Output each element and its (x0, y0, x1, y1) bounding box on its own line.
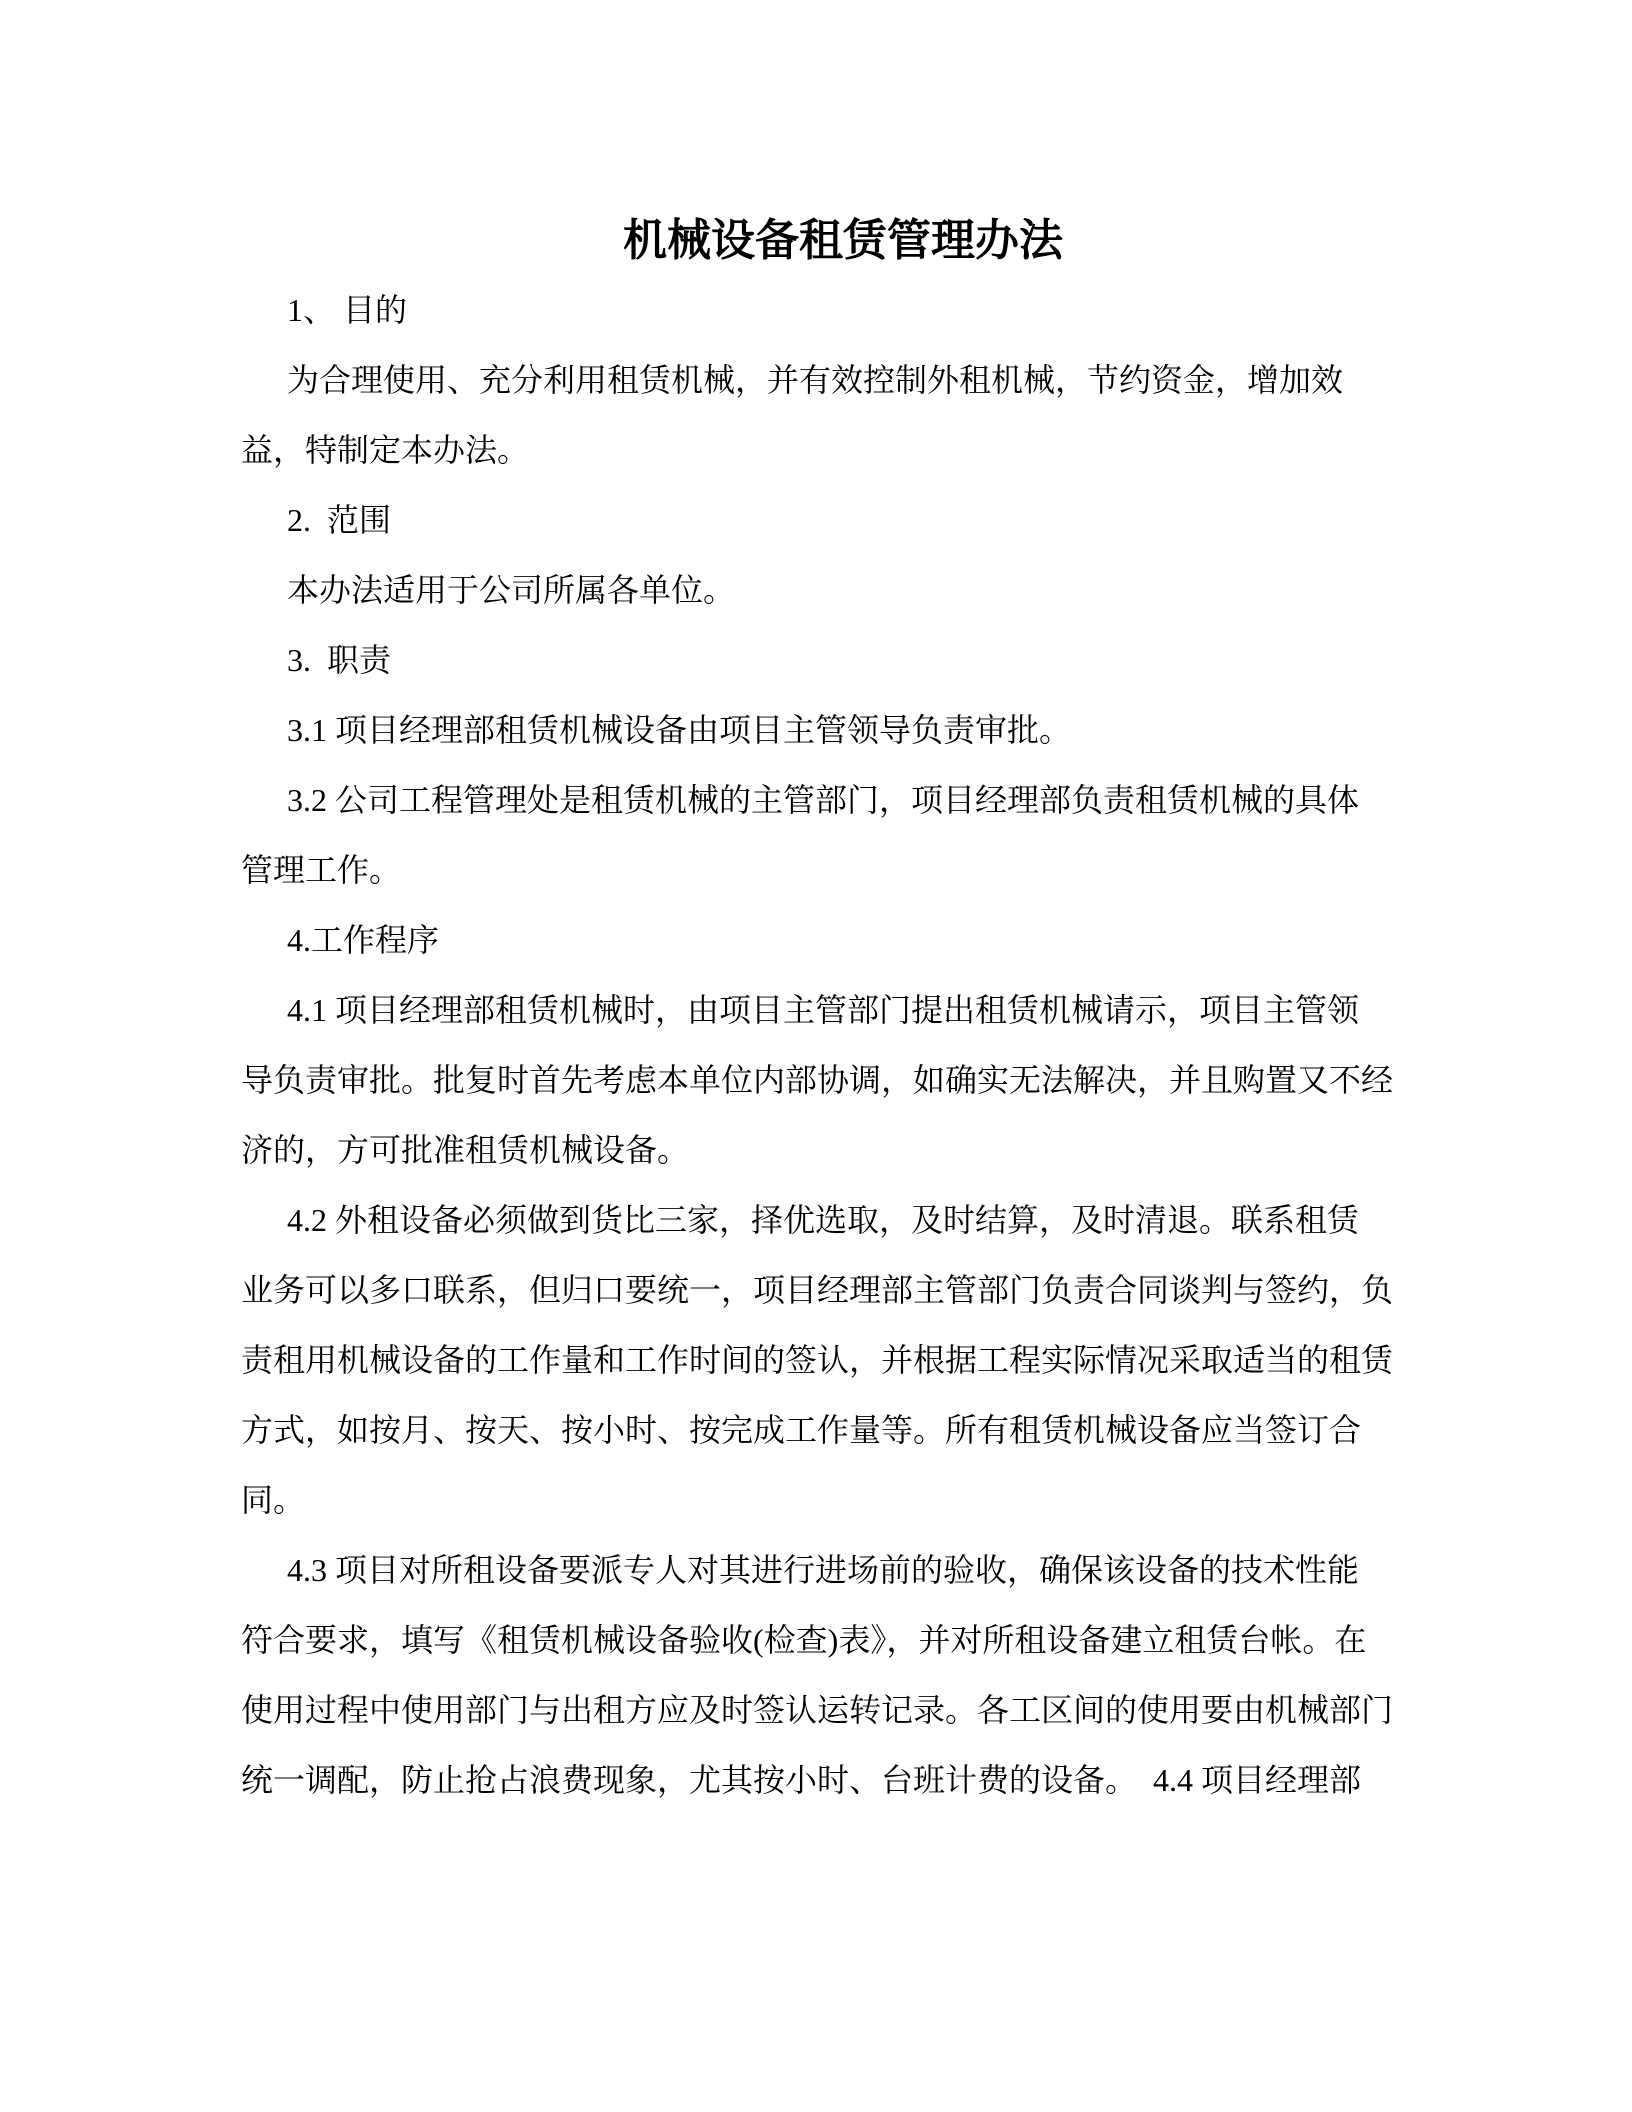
document-page: 机械设备租赁管理办法 1、 目的为合理使用、充分利用租赁机械，并有效控制外租机械… (0, 0, 1632, 2112)
document-body: 1、 目的为合理使用、充分利用租赁机械，并有效控制外租机械，节约资金，增加效益，… (241, 275, 1406, 1815)
paragraph-line: 益，特制定本办法。 (241, 415, 1406, 485)
paragraph-line: 符合要求，填写《租赁机械设备验收(检查)表》，并对所租设备建立租赁台帐。在 (241, 1605, 1406, 1675)
paragraph-line: 3.1 项目经理部租赁机械设备由项目主管领导负责审批。 (241, 695, 1406, 765)
paragraph-line: 本办法适用于公司所属各单位。 (241, 555, 1406, 625)
paragraph-line: 为合理使用、充分利用租赁机械，并有效控制外租机械，节约资金，增加效 (241, 345, 1406, 415)
paragraph-line: 业务可以多口联系，但归口要统一，项目经理部主管部门负责合同谈判与签约，负 (241, 1255, 1406, 1325)
paragraph-line: 4.3 项目对所租设备要派专人对其进行进场前的验收，确保该设备的技术性能 (241, 1535, 1406, 1605)
paragraph-line: 4.工作程序 (241, 905, 1406, 975)
paragraph-line: 管理工作。 (241, 835, 1406, 905)
paragraph-line: 1、 目的 (241, 275, 1406, 345)
paragraph-line: 3. 职责 (241, 625, 1406, 695)
paragraph-line: 责租用机械设备的工作量和工作时间的签认，并根据工程实际情况采取适当的租赁 (241, 1325, 1406, 1395)
paragraph-line: 3.2 公司工程管理处是租赁机械的主管部门，项目经理部负责租赁机械的具体 (241, 765, 1406, 835)
paragraph-line: 4.1 项目经理部租赁机械时，由项目主管部门提出租赁机械请示，项目主管领 (241, 975, 1406, 1045)
paragraph-line: 济的，方可批准租赁机械设备。 (241, 1115, 1406, 1185)
paragraph-line: 2. 范围 (241, 485, 1406, 555)
document-title: 机械设备租赁管理办法 (269, 212, 1417, 270)
paragraph-line: 导负责审批。批复时首先考虑本单位内部协调，如确实无法解决，并且购置又不经 (241, 1045, 1406, 1115)
paragraph-line: 使用过程中使用部门与出租方应及时签认运转记录。各工区间的使用要由机械部门 (241, 1675, 1406, 1745)
paragraph-line: 4.2 外租设备必须做到货比三家，择优选取，及时结算，及时清退。联系租赁 (241, 1185, 1406, 1255)
paragraph-line: 同。 (241, 1465, 1406, 1535)
paragraph-line: 方式，如按月、按天、按小时、按完成工作量等。所有租赁机械设备应当签订合 (241, 1395, 1406, 1465)
paragraph-line: 统一调配，防止抢占浪费现象，尤其按小时、台班计费的设备。 4.4 项目经理部 (241, 1745, 1406, 1815)
